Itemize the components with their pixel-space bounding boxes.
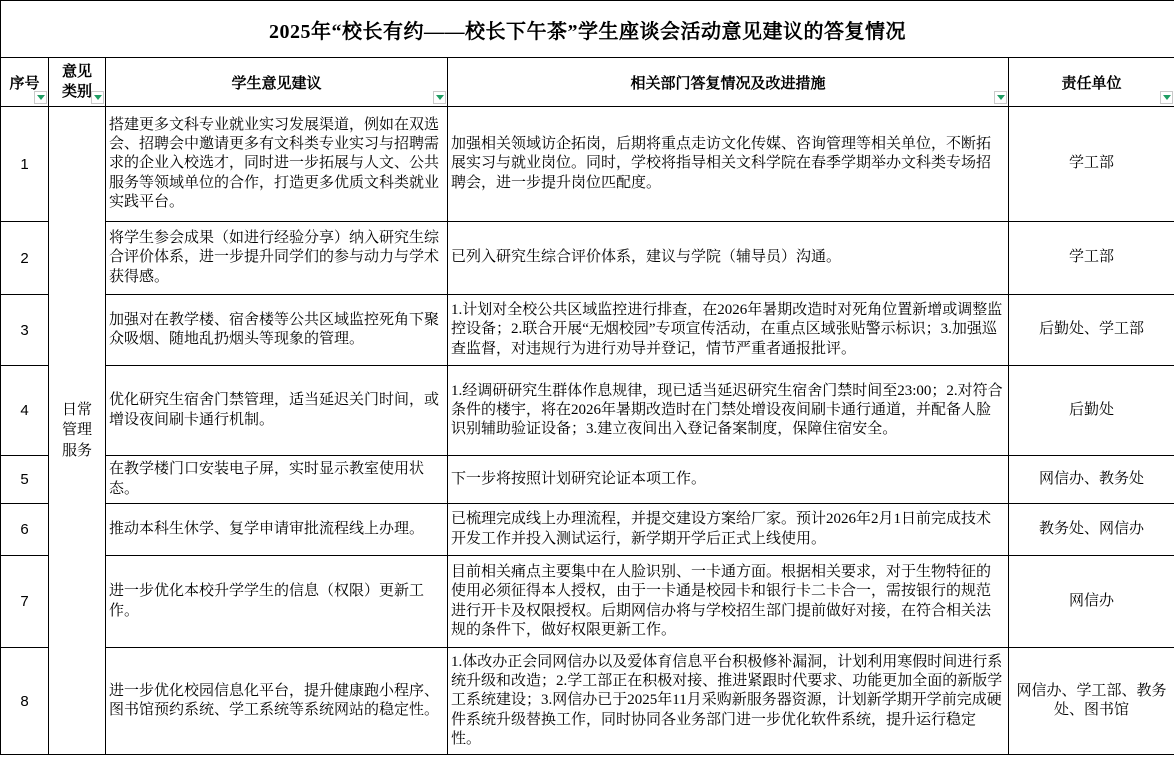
filter-dropdown-icon[interactable]: [433, 91, 446, 104]
table-row: 8 进一步优化校园信息化平台，提升健康跑小程序、图书馆预约系统、学工系统等系统网…: [1, 648, 1174, 755]
unit-cell[interactable]: 教务处、网信办: [1009, 504, 1174, 556]
reply-cell[interactable]: 1.计划对全校公共区域监控进行排查，在2026年暑期改造时对死角位置新增或调整监…: [448, 295, 1009, 366]
filter-triangle-icon: [94, 95, 102, 100]
row-number-cell[interactable]: 2: [1, 222, 49, 295]
filter-dropdown-icon[interactable]: [91, 91, 104, 104]
reply-cell[interactable]: 1.体改办正会同网信办以及爱体育信息平台积极修补漏洞，计划利用寒假时间进行系统升…: [448, 648, 1009, 755]
column-header-reply[interactable]: 相关部门答复情况及改进措施: [448, 58, 1009, 107]
suggestion-cell[interactable]: 加强对在教学楼、宿舍楼等公共区域监控死角下聚众吸烟、随地乱扔烟头等现象的管理。: [106, 295, 448, 366]
filter-dropdown-icon[interactable]: [994, 91, 1007, 104]
unit-cell[interactable]: 学工部: [1009, 222, 1174, 295]
row-number-cell[interactable]: 6: [1, 504, 49, 556]
row-number-cell[interactable]: 1: [1, 107, 49, 222]
filter-triangle-icon: [436, 95, 444, 100]
column-header-no[interactable]: 序号: [1, 58, 49, 107]
suggestion-cell[interactable]: 将学生参会成果（如进行经验分享）纳入研究生综合评价体系，进一步提升同学们的参与动…: [106, 222, 448, 295]
suggestion-cell[interactable]: 优化研究生宿舍门禁管理，适当延迟关门时间，或增设夜间刷卡通行机制。: [106, 366, 448, 456]
table-row: 7 进一步优化本校升学学生的信息（权限）更新工作。 目前相关痛点主要集中在人脸识…: [1, 556, 1174, 648]
column-header-reply-label: 相关部门答复情况及改进措施: [630, 76, 825, 92]
suggestion-cell[interactable]: 进一步优化校园信息化平台，提升健康跑小程序、图书馆预约系统、学工系统等系统网站的…: [106, 648, 448, 755]
reply-cell[interactable]: 1.经调研研究生群体作息规律，现已适当延迟研究生宿舍门禁时间至23:00；2.对…: [448, 366, 1009, 456]
table-row: 5 在教学楼门口安装电子屏，实时显示教室使用状态。 下一步将按照计划研究论证本项…: [1, 456, 1174, 504]
filter-triangle-icon: [997, 95, 1005, 100]
unit-cell[interactable]: 后勤处: [1009, 366, 1174, 456]
table-row: 1 日常管理服务 搭建更多文科专业就业实习发展渠道，例如在双选会、招聘会中邀请更…: [1, 107, 1174, 222]
unit-cell[interactable]: 网信办、学工部、教务处、图书馆: [1009, 648, 1174, 755]
reply-cell[interactable]: 已梳理完成线上办理流程，并提交建设方案给厂家。预计2026年2月1日前完成技术开…: [448, 504, 1009, 556]
table-row: 6 推动本科生休学、复学申请审批流程线上办理。 已梳理完成线上办理流程，并提交建…: [1, 504, 1174, 556]
row-number-cell[interactable]: 7: [1, 556, 49, 648]
row-number-cell[interactable]: 4: [1, 366, 49, 456]
unit-cell[interactable]: 后勤处、学工部: [1009, 295, 1174, 366]
unit-cell[interactable]: 网信办: [1009, 556, 1174, 648]
filter-triangle-icon: [1163, 95, 1171, 100]
reply-cell[interactable]: 已列入研究生综合评价体系，建议与学院（辅导员）沟通。: [448, 222, 1009, 295]
column-header-unit-label: 责任单位: [1062, 76, 1122, 92]
suggestion-cell[interactable]: 在教学楼门口安装电子屏，实时显示教室使用状态。: [106, 456, 448, 504]
page-title[interactable]: 2025年“校长有约——校长下午茶”学生座谈会活动意见建议的答复情况: [1, 1, 1174, 58]
suggestion-cell[interactable]: 进一步优化本校升学学生的信息（权限）更新工作。: [106, 556, 448, 648]
column-header-no-label: 序号: [9, 76, 39, 92]
unit-cell[interactable]: 网信办、教务处: [1009, 456, 1174, 504]
reply-status-table: 2025年“校长有约——校长下午茶”学生座谈会活动意见建议的答复情况 序号 意见…: [0, 0, 1174, 755]
category-label: 日常管理服务: [62, 400, 92, 461]
reply-cell[interactable]: 目前相关痛点主要集中在人脸识别、一卡通方面。根据相关要求，对于生物特征的使用必须…: [448, 556, 1009, 648]
table-row: 3 加强对在教学楼、宿舍楼等公共区域监控死角下聚众吸烟、随地乱扔烟头等现象的管理…: [1, 295, 1174, 366]
suggestion-cell[interactable]: 推动本科生休学、复学申请审批流程线上办理。: [106, 504, 448, 556]
filter-dropdown-icon[interactable]: [34, 91, 47, 104]
title-row: 2025年“校长有约——校长下午茶”学生座谈会活动意见建议的答复情况: [1, 1, 1174, 58]
suggestion-cell[interactable]: 搭建更多文科专业就业实习发展渠道，例如在双选会、招聘会中邀请更多有文科类专业实习…: [106, 107, 448, 222]
row-number-cell[interactable]: 8: [1, 648, 49, 755]
reply-cell[interactable]: 下一步将按照计划研究论证本项工作。: [448, 456, 1009, 504]
filter-dropdown-icon[interactable]: [1160, 91, 1173, 104]
column-header-category-label: 意见类别: [62, 62, 92, 103]
row-number-cell[interactable]: 3: [1, 295, 49, 366]
table-header-row: 序号 意见类别 学生意见建议 相关部门答复情况及改进措施 责任单位: [1, 58, 1174, 107]
column-header-suggestion[interactable]: 学生意见建议: [106, 58, 448, 107]
column-header-suggestion-label: 学生意见建议: [231, 76, 321, 92]
table-row: 2 将学生参会成果（如进行经验分享）纳入研究生综合评价体系，进一步提升同学们的参…: [1, 222, 1174, 295]
column-header-unit[interactable]: 责任单位: [1009, 58, 1174, 107]
reply-cell[interactable]: 加强相关领域访企拓岗，后期将重点走访文化传媒、咨询管理等相关单位，不断拓展实习与…: [448, 107, 1009, 222]
column-header-category[interactable]: 意见类别: [49, 58, 106, 107]
filter-triangle-icon: [37, 95, 45, 100]
row-number-cell[interactable]: 5: [1, 456, 49, 504]
category-cell[interactable]: 日常管理服务: [49, 107, 106, 755]
table-row: 4 优化研究生宿舍门禁管理，适当延迟关门时间，或增设夜间刷卡通行机制。 1.经调…: [1, 366, 1174, 456]
unit-cell[interactable]: 学工部: [1009, 107, 1174, 222]
